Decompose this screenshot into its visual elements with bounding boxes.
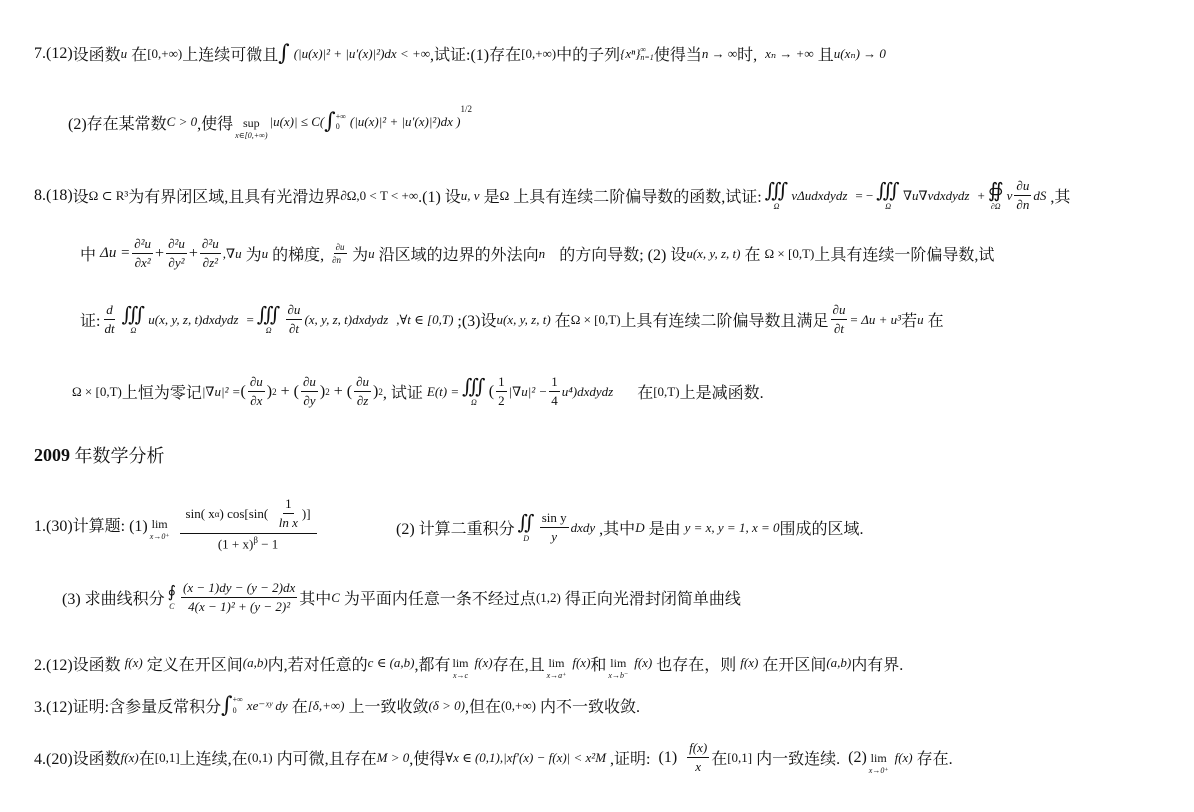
problem-8-label: 8.(18) xyxy=(34,187,73,205)
problem-1-label: 1.(30)计算题: (1) xyxy=(34,513,148,536)
section-heading: 2009 年数学分析 xyxy=(34,442,165,468)
limit-fraction: sin( xα ) cos[sin( 1ln x )] (1 + x)β − 1 xyxy=(180,496,317,552)
problem-2-label: 2.(12)设函数 xyxy=(34,652,121,675)
surface-integral: ∯∂Ω xyxy=(988,180,1004,211)
problem-8-line-3: 证: ddt ∭Ω u(x, y, z, t)dxdydz = ∭Ω ∂u∂t … xyxy=(80,302,944,337)
problem-3: 3.(12)证明:含参量反常积分 ∫ +∞ 0 xe⁻ˣʸ dy 在 [δ,+∞… xyxy=(34,694,640,717)
contour-integral: ∮C xyxy=(168,584,176,611)
triple-integral: ∭Ω xyxy=(462,376,486,407)
triple-integral: ∭Ω xyxy=(876,180,900,211)
problem-1-line-1: 1.(30)计算题: (1) lim x→0⁺ sin( xα ) cos[si… xyxy=(34,496,319,552)
double-integral: ∬D xyxy=(518,512,535,543)
triple-integral: ∭Ω xyxy=(122,304,146,335)
problem-2: 2.(12)设函数 f(x) 定义在开区间 (a,b) 内,若对任意的 c ∈ … xyxy=(34,646,903,680)
triple-integral: ∭Ω xyxy=(765,180,789,211)
section-title: 年数学分析 xyxy=(75,442,165,468)
problem-8-line-4: Ω × [0,T) 上恒为零记 |∇u|² = ( ∂u∂x)2 + ( ∂u∂… xyxy=(72,374,764,409)
problem-1-part-3: (3) 求曲线积分 ∮C (x − 1)dy − (y − 2)dx4(x − … xyxy=(62,580,741,615)
problem-8-line-1: 8.(18) 设 Ω ⊂ R³ 为有界闭区域,且具有光滑边界 ∂Ω,0 < T … xyxy=(34,178,1070,213)
triple-integral: ∭Ω xyxy=(257,304,281,335)
problem-3-label: 3.(12)证明:含参量反常积分 xyxy=(34,694,221,717)
integral-sign: ∫ xyxy=(324,111,335,133)
sup-operator: sup x∈[0,+∞) xyxy=(235,116,267,140)
problem-7-label: 7.(12) xyxy=(34,45,73,63)
integral-sign: ∫ xyxy=(221,695,232,717)
problem-8-line-2: 中 Δu = ∂²u∂x²+ ∂²u∂y²+ ∂²u∂z² ,∇u 为 u 的梯… xyxy=(80,236,994,271)
problem-7-line-2: (2)存在某常数 C > 0 ,使得 sup x∈[0,+∞) |u(x)| ≤… xyxy=(68,104,472,140)
problem-1-part-2: (2) 计算二重积分 ∬D sin yy dxdy ,其中 D 是由 y = x… xyxy=(396,510,864,545)
problem-4-label: 4.(20)设函数 xyxy=(34,746,121,769)
problem-4: 4.(20)设函数 f(x) 在 [0,1] 上连续,在 (0,1) 内可微,且… xyxy=(34,740,953,775)
integral-sign: ∫ xyxy=(278,43,289,65)
section-year: 2009 xyxy=(34,445,70,466)
problem-7-line-1: 7.(12) 设函数 u 在 [0,+∞) 上连续可微且 ∫ (|u(x)|² … xyxy=(34,42,886,65)
limit-operator: lim x→0⁺ xyxy=(150,517,170,541)
